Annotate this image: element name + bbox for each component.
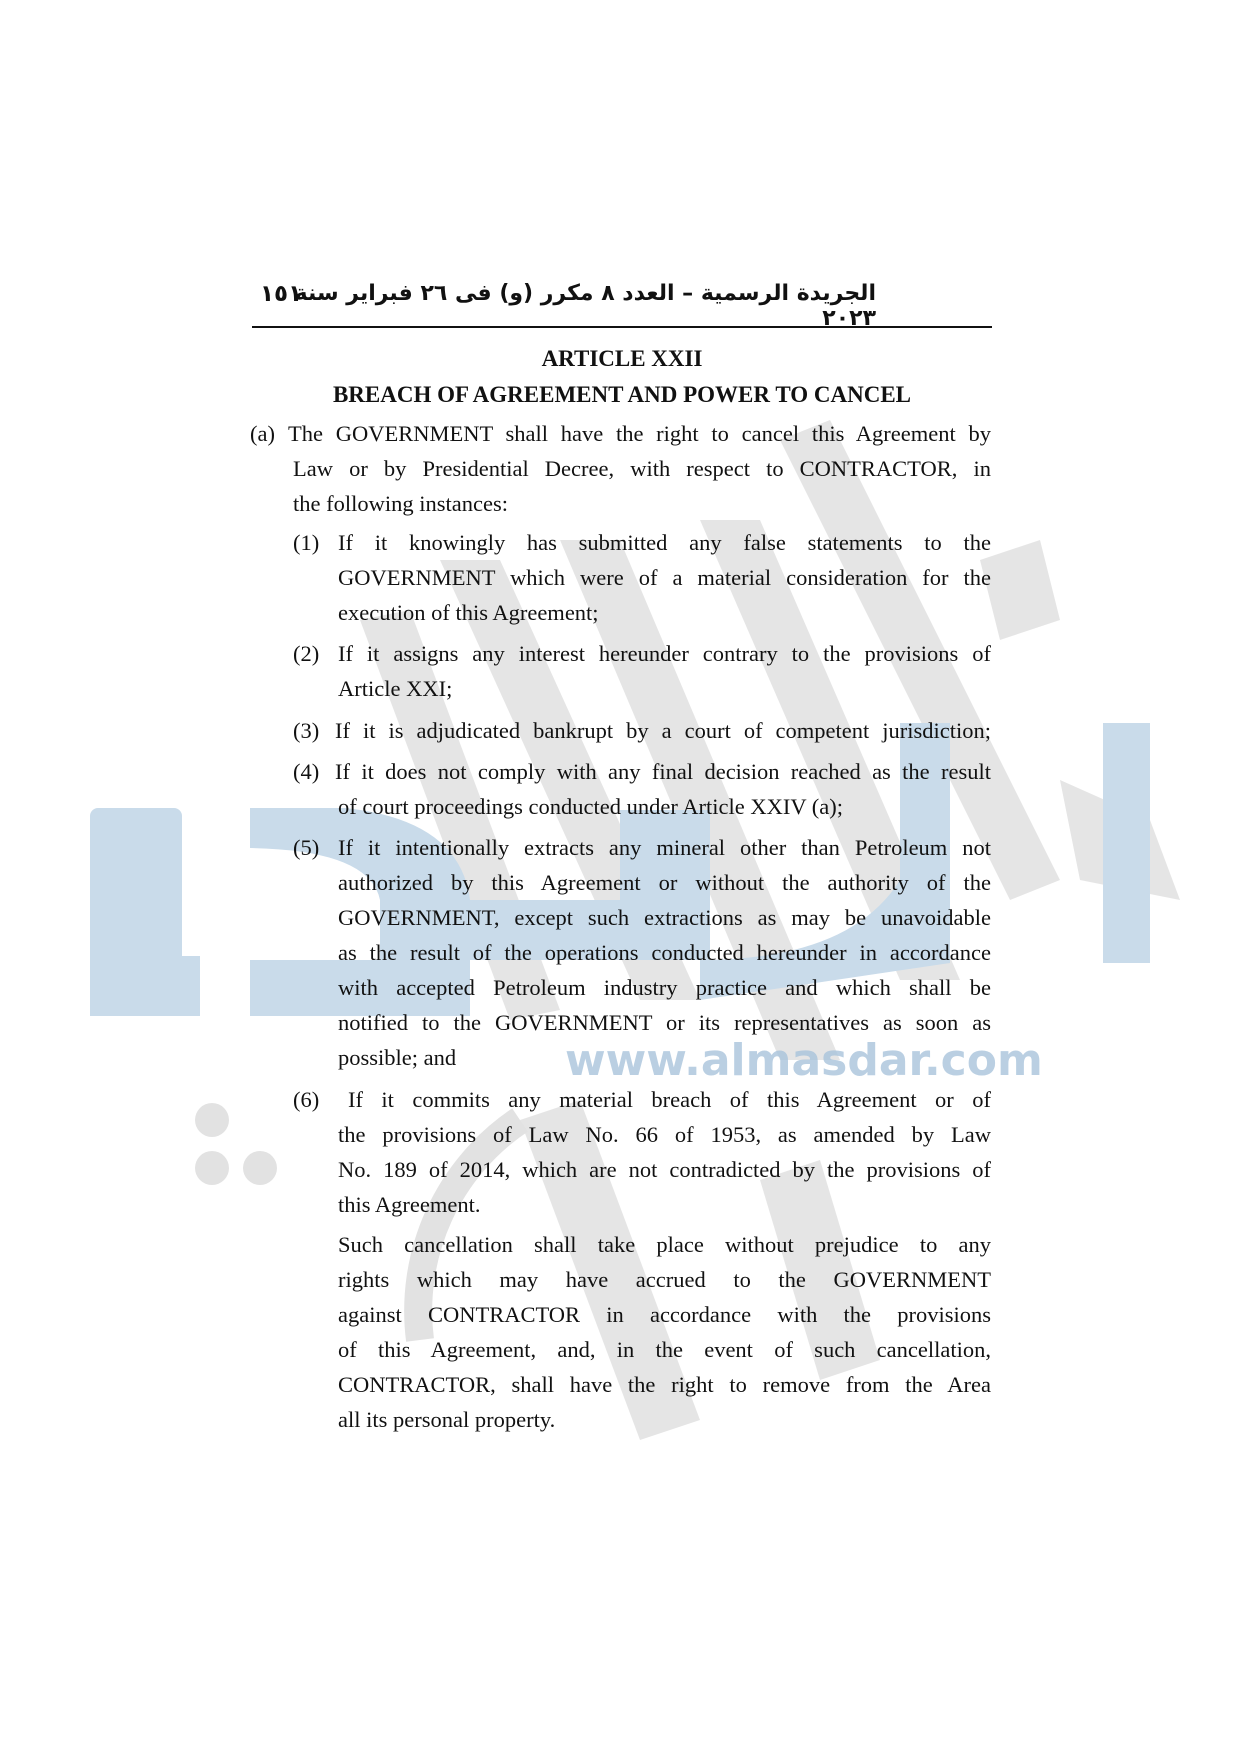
page-header: ١٥١ الجريدة الرسمية – العدد ٨ مكرر (و) ف… xyxy=(252,281,992,321)
closing-line: rights which may have accrued to the GOV… xyxy=(338,1267,991,1293)
item-line: the provisions of Law No. 66 of 1953, as… xyxy=(338,1122,991,1148)
item-line: authorized by this Agreement or without … xyxy=(338,870,991,896)
item-line: with accepted Petroleum industry practic… xyxy=(338,975,991,1001)
item-line: If it knowingly has submitted any false … xyxy=(338,530,991,556)
closing-line: Such cancellation shall take place witho… xyxy=(338,1232,991,1258)
item-label: (5) xyxy=(293,835,319,861)
item-line: GOVERNMENT which were of a material cons… xyxy=(338,565,991,591)
item-line: of court proceedings conducted under Art… xyxy=(338,794,843,820)
closing-line: against CONTRACTOR in accordance with th… xyxy=(338,1302,991,1328)
closing-line: of this Agreement, and, in the event of … xyxy=(338,1337,991,1363)
item-line: If it does not comply with any final dec… xyxy=(335,759,991,785)
clause-a-label: (a) xyxy=(250,421,275,447)
item-line: as the result of the operations conducte… xyxy=(338,940,991,966)
clause-a-line: Law or by Presidential Decree, with resp… xyxy=(293,456,991,482)
article-number: ARTICLE XXII xyxy=(252,346,992,372)
clause-a-line: the following instances: xyxy=(293,491,508,517)
item-line: possible; and xyxy=(338,1045,456,1071)
item-label: (4) xyxy=(293,759,319,785)
closing-line: all its personal property. xyxy=(338,1407,555,1433)
item-line: No. 189 of 2014, which are not contradic… xyxy=(338,1157,991,1183)
item-line: If it commits any material breach of thi… xyxy=(348,1087,991,1113)
svg-text:www.almasdar.com: www.almasdar.com xyxy=(565,1035,1043,1086)
item-line: this Agreement. xyxy=(338,1192,480,1218)
item-label: (6) xyxy=(293,1087,319,1113)
item-label: (1) xyxy=(293,530,319,556)
article-title: BREACH OF AGREEMENT AND POWER TO CANCEL xyxy=(252,382,992,408)
gazette-title: الجريدة الرسمية – العدد ٨ مكرر (و) فى ٢٦… xyxy=(252,281,876,331)
item-line: execution of this Agreement; xyxy=(338,600,599,626)
item-label: (2) xyxy=(293,641,319,667)
closing-line: CONTRACTOR, shall have the right to remo… xyxy=(338,1372,991,1398)
item-line: notified to the GOVERNMENT or its repres… xyxy=(338,1010,991,1036)
item-line: If it assigns any interest hereunder con… xyxy=(338,641,991,667)
item-line: If it is adjudicated bankrupt by a court… xyxy=(335,718,991,744)
header-rule xyxy=(252,326,992,328)
item-label: (3) xyxy=(293,718,319,744)
item-line: GOVERNMENT, except such extractions as m… xyxy=(338,905,991,931)
item-line: Article XXI; xyxy=(338,676,452,702)
clause-a-line: The GOVERNMENT shall have the right to c… xyxy=(288,421,991,447)
item-line: If it intentionally extracts any mineral… xyxy=(338,835,991,861)
